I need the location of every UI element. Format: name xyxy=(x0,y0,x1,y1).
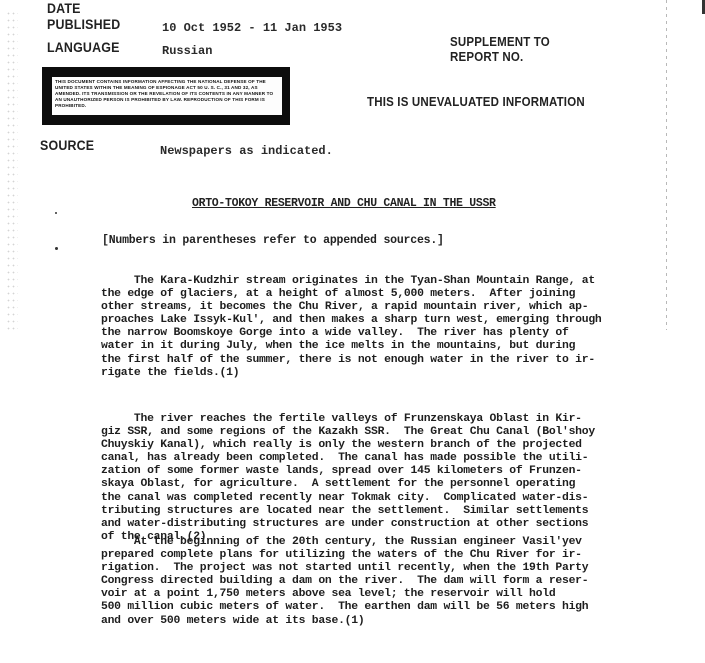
source-value: Newspapers as indicated. xyxy=(160,144,333,158)
body-paragraph-3: At the beginning of the 20th century, th… xyxy=(101,536,649,628)
scan-speckle-left xyxy=(6,10,18,330)
page-edge-dashed-line xyxy=(666,0,667,330)
body-paragraph-1: The Kara-Kudzhir stream originates in th… xyxy=(101,275,649,380)
unevaluated-notice: THIS IS UNEVALUATED INFORMATION xyxy=(367,95,585,110)
date-label-line2: PUBLISHED xyxy=(47,17,120,33)
date-label: DATE PUBLISHED xyxy=(47,1,120,33)
classification-stamp-text: This document contains information affec… xyxy=(52,77,282,115)
margin-dot xyxy=(55,212,57,214)
margin-dot xyxy=(55,247,58,250)
sources-note: [Numbers in parentheses refer to appende… xyxy=(102,234,444,247)
source-label: SOURCE xyxy=(40,138,94,154)
supplement-line1: SUPPLEMENT TO xyxy=(450,35,550,50)
language-label: LANGUAGE xyxy=(47,40,120,56)
classification-stamp: This document contains information affec… xyxy=(42,67,290,125)
date-label-line1: DATE xyxy=(47,1,120,17)
body-paragraph-2: The river reaches the fertile valleys of… xyxy=(101,413,649,544)
supplement-line2: REPORT NO. xyxy=(450,50,550,65)
language-value: Russian xyxy=(162,44,212,58)
document-title: ORTO-TOKOY RESERVOIR AND CHU CANAL IN TH… xyxy=(192,197,496,210)
supplement-to-report: SUPPLEMENT TO REPORT NO. xyxy=(450,35,550,65)
date-published-value: 10 Oct 1952 - 11 Jan 1953 xyxy=(162,21,342,35)
